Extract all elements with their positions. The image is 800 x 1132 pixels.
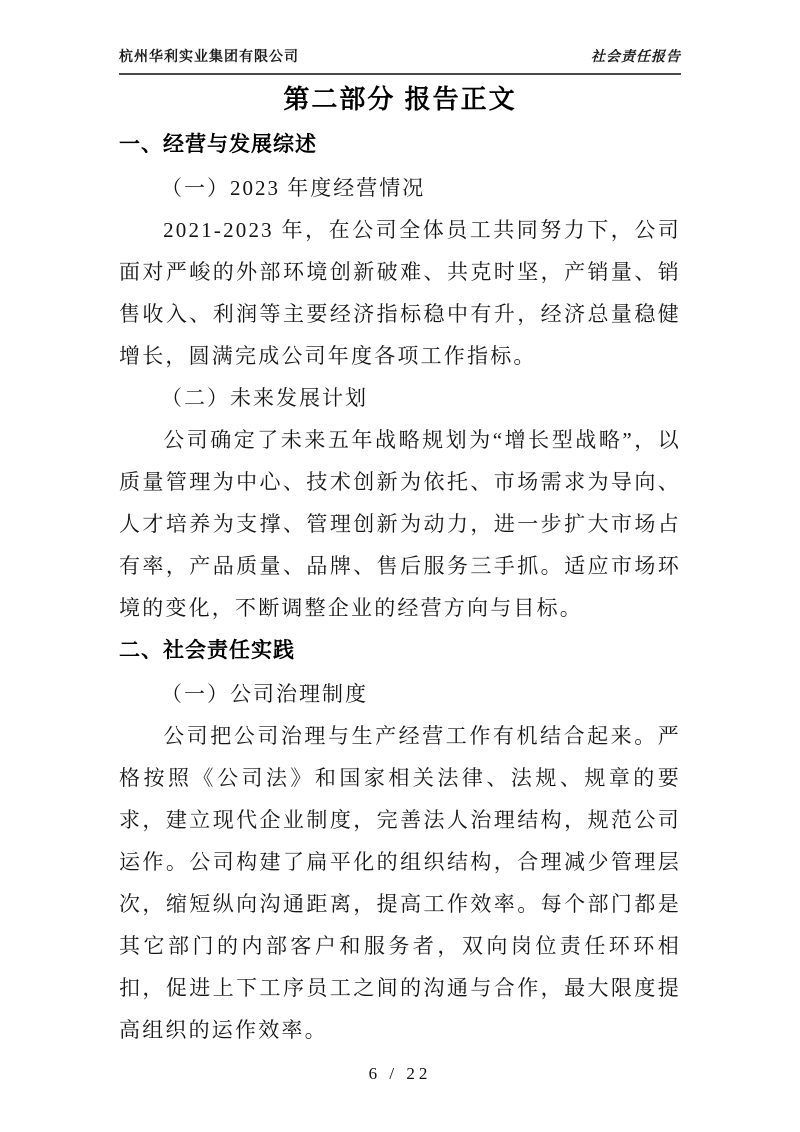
subsection-heading-future-plan: （二）未来发展计划 [119, 377, 681, 419]
section-heading-csr-practice: 二、社会责任实践 [119, 629, 681, 673]
subsection-heading-governance: （一）公司治理制度 [119, 673, 681, 715]
subsection-heading-2023-operations: （一）2023 年度经营情况 [119, 167, 681, 209]
paragraph-governance: 公司把公司治理与生产经营工作有机结合起来。严格按照《公司法》和国家相关法律、法规… [119, 715, 681, 1051]
page-number: 6 / 22 [369, 1064, 432, 1083]
document-title: 第二部分 报告正文 [119, 75, 681, 123]
document-body: 第二部分 报告正文 一、经营与发展综述 （一）2023 年度经营情况 2021-… [119, 75, 681, 1051]
page-header: 杭州华利实业集团有限公司 社会责任报告 [119, 46, 681, 75]
section-heading-business-overview: 一、经营与发展综述 [119, 123, 681, 167]
header-company-name: 杭州华利实业集团有限公司 [119, 46, 299, 66]
paragraph-2023-operations: 2021-2023 年，在公司全体员工共同努力下，公司面对严峻的外部环境创新破难… [119, 209, 681, 377]
paragraph-future-plan: 公司确定了未来五年战略规划为“增长型战略”，以质量管理为中心、技术创新为依托、市… [119, 419, 681, 629]
page-footer: 6 / 22 [0, 1064, 800, 1084]
header-report-title: 社会责任报告 [591, 46, 681, 66]
document-page: 杭州华利实业集团有限公司 社会责任报告 第二部分 报告正文 一、经营与发展综述 … [0, 0, 800, 1132]
